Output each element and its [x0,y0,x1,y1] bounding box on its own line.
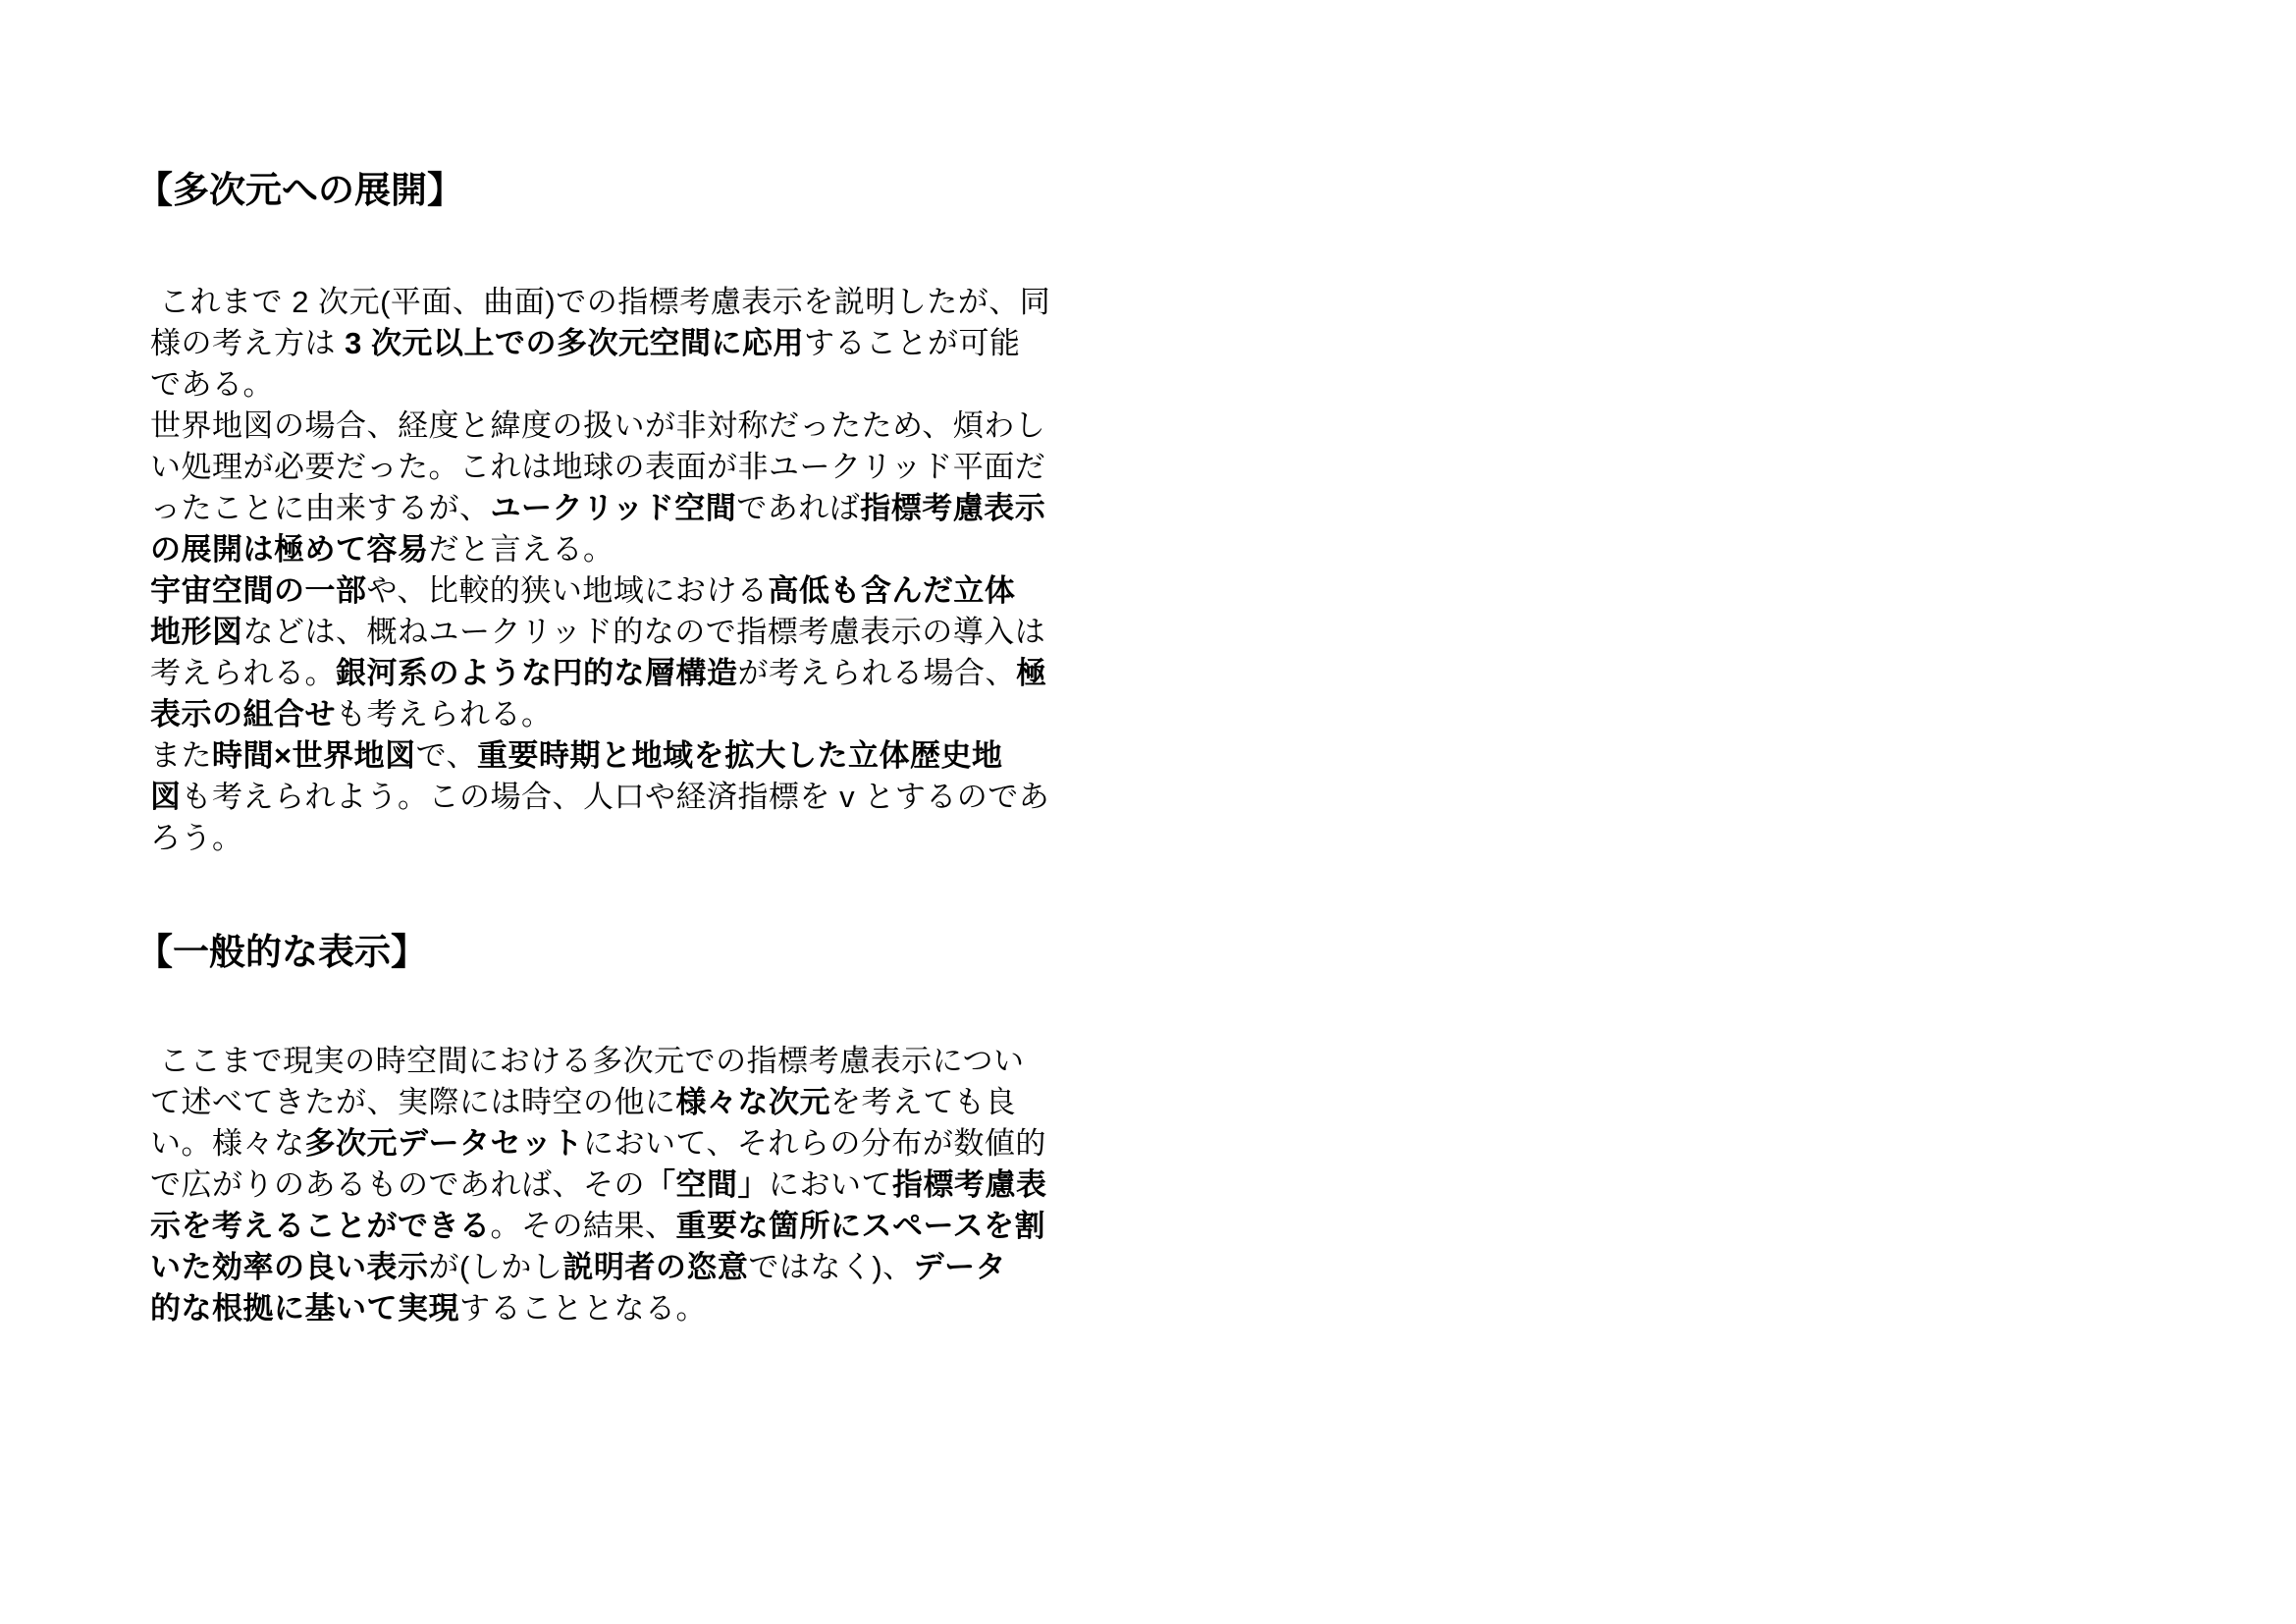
text-segment: で広がりのあるものであれば、その [150,1167,645,1202]
text-segment: することとなる。 [459,1291,707,1326]
text-line: 的な根拠に基いて実現することとなる。 [150,1288,1122,1329]
text-line: これまで 2 次元(平面、曲面)での指標考慮表示を説明したが、同 [150,282,1122,323]
text-segment-bold: 重要時期と地域を拡大した立体歴史地 [477,738,1003,773]
text-segment: において、それらの分布が数値的 [583,1126,1046,1161]
text-line: い処理が必要だった。これは地球の表面が非ユークリッド平面だ [150,447,1122,488]
text-segment-bold: 高低も含んだ立体 [768,573,1015,608]
text-line: 図も考えられよう。この場合、人口や経済指標を v とするのであ [150,777,1122,818]
text-segment: 世界地図の場合、経度と緯度の扱いが非対称だったため、煩わし [150,408,1045,443]
text-segment-bold: 極 [1016,656,1047,690]
paragraph: これまで 2 次元(平面、曲面)での指標考慮表示を説明したが、同様の考え方は 3… [150,282,1122,859]
section-heading: 【一般的な表示】 [136,931,1122,974]
text-segment: において [769,1167,892,1202]
text-segment: や、比較的狭い地域における [367,573,769,608]
text-segment-bold: 様々な次元 [676,1085,831,1119]
text-line: また時間×世界地図で、重要時期と地域を拡大した立体歴史地 [150,735,1122,777]
text-segment: 様の考え方は [150,326,345,360]
text-line: ったことに由来するが、ユークリッド空間であれば指標考慮表示 [150,488,1122,529]
text-line: 地形図などは、概ねユークリッド的なので指標考慮表示の導入は [150,612,1122,653]
text-segment: ではなく)、 [748,1250,913,1284]
text-segment-bold: いた効率の良い表示 [150,1250,429,1284]
text-line: で広がりのあるものであれば、その「空間」において指標考慮表 [150,1164,1122,1206]
text-segment-bold: 3 次元以上での多次元空間に応用 [345,326,804,360]
text-segment-bold: 「空間」 [645,1167,769,1202]
text-segment-bold: の展開は極めて容易 [150,532,429,567]
text-segment-bold: 地形図 [150,615,243,649]
text-segment-bold: 示を考えることができる [150,1209,491,1243]
text-line: ここまで現実の時空間における多次元での指標考慮表示につい [150,1041,1122,1082]
text-segment-bold: 表示の組合せ [150,697,336,731]
text-segment: ったことに由来するが、 [150,491,491,525]
text-line: 世界地図の場合、経度と緯度の扱いが非対称だったため、煩わし [150,406,1122,447]
text-segment-bold: 指標考慮表 [892,1167,1047,1202]
text-segment-bold: 時間×世界地図 [212,738,416,773]
text-line: て述べてきたが、実際には時空の他に様々な次元を考えても良 [150,1082,1122,1123]
text-segment: これまで 2 次元(平面、曲面)での指標考慮表示を説明したが、同 [150,285,1050,319]
text-segment-bold: データ [914,1250,1007,1284]
text-segment: を考えても良 [830,1085,1016,1119]
text-segment-bold: 指標考慮表示 [860,491,1045,525]
text-line: 宇宙空間の一部や、比較的狭い地域における高低も含んだ立体 [150,570,1122,612]
text-segment: て述べてきたが、実際には時空の他に [150,1085,676,1119]
document-content: 【多次元への展開】 これまで 2 次元(平面、曲面)での指標考慮表示を説明したが… [150,0,1122,1329]
text-segment: で、 [416,738,477,773]
text-segment-bold: 的な根拠に基いて実現 [150,1291,459,1326]
text-segment: であれば [736,491,860,525]
text-line: 考えられる。銀河系のような円的な層構造が考えられる場合、極 [150,653,1122,694]
text-segment: などは、概ねユークリッド的なので指標考慮表示の導入は [243,615,1046,649]
text-segment: ここまで現実の時空間における多次元での指標考慮表示につい [150,1044,1025,1078]
text-segment: ろう。 [150,821,243,855]
text-line: い。様々な多次元データセットにおいて、それらの分布が数値的 [150,1123,1122,1164]
text-segment-bold: 宇宙空間の一部 [150,573,367,608]
document-page: 【多次元への展開】 これまで 2 次元(平面、曲面)での指標考慮表示を説明したが… [0,0,2296,1624]
text-segment-bold: 銀河系のような円的な層構造 [336,656,738,690]
text-segment-bold: ユークリッド空間 [491,491,737,525]
text-segment: することが可能 [804,326,1021,360]
text-segment: も考えられる。 [336,697,553,731]
paragraph: ここまで現実の時空間における多次元での指標考慮表示について述べてきたが、実際には… [150,1041,1122,1329]
text-line: 示を考えることができる。その結果、重要な箇所にスペースを割 [150,1206,1122,1247]
text-segment-bold: 重要な箇所にスペースを割 [676,1209,1045,1243]
text-segment: また [150,738,212,773]
text-segment: い。様々な [150,1126,305,1161]
text-segment: 考えられる。 [150,656,336,690]
text-segment-bold: 説明者の恣意 [562,1250,748,1284]
text-line: の展開は極めて容易だと言える。 [150,529,1122,570]
section-heading: 【多次元への展開】 [136,169,1122,212]
text-line: ろう。 [150,818,1122,859]
text-line: いた効率の良い表示が(しかし説明者の恣意ではなく)、データ [150,1247,1122,1288]
text-segment: 。その結果、 [491,1209,676,1243]
text-segment: だと言える。 [429,532,614,567]
text-line: である。 [150,364,1122,406]
text-line: 様の考え方は 3 次元以上での多次元空間に応用することが可能 [150,323,1122,364]
text-segment-bold: 図 [150,780,182,814]
text-segment: も考えられよう。この場合、人口や経済指標を v とするのであ [182,780,1050,814]
text-segment: い処理が必要だった。これは地球の表面が非ユークリッド平面だ [150,450,1045,484]
text-segment: が(しかし [429,1250,563,1284]
text-segment: である。 [150,367,274,402]
text-line: 表示の組合せも考えられる。 [150,694,1122,735]
text-segment: が考えられる場合、 [738,656,1017,690]
text-segment-bold: 多次元データセット [305,1126,584,1161]
